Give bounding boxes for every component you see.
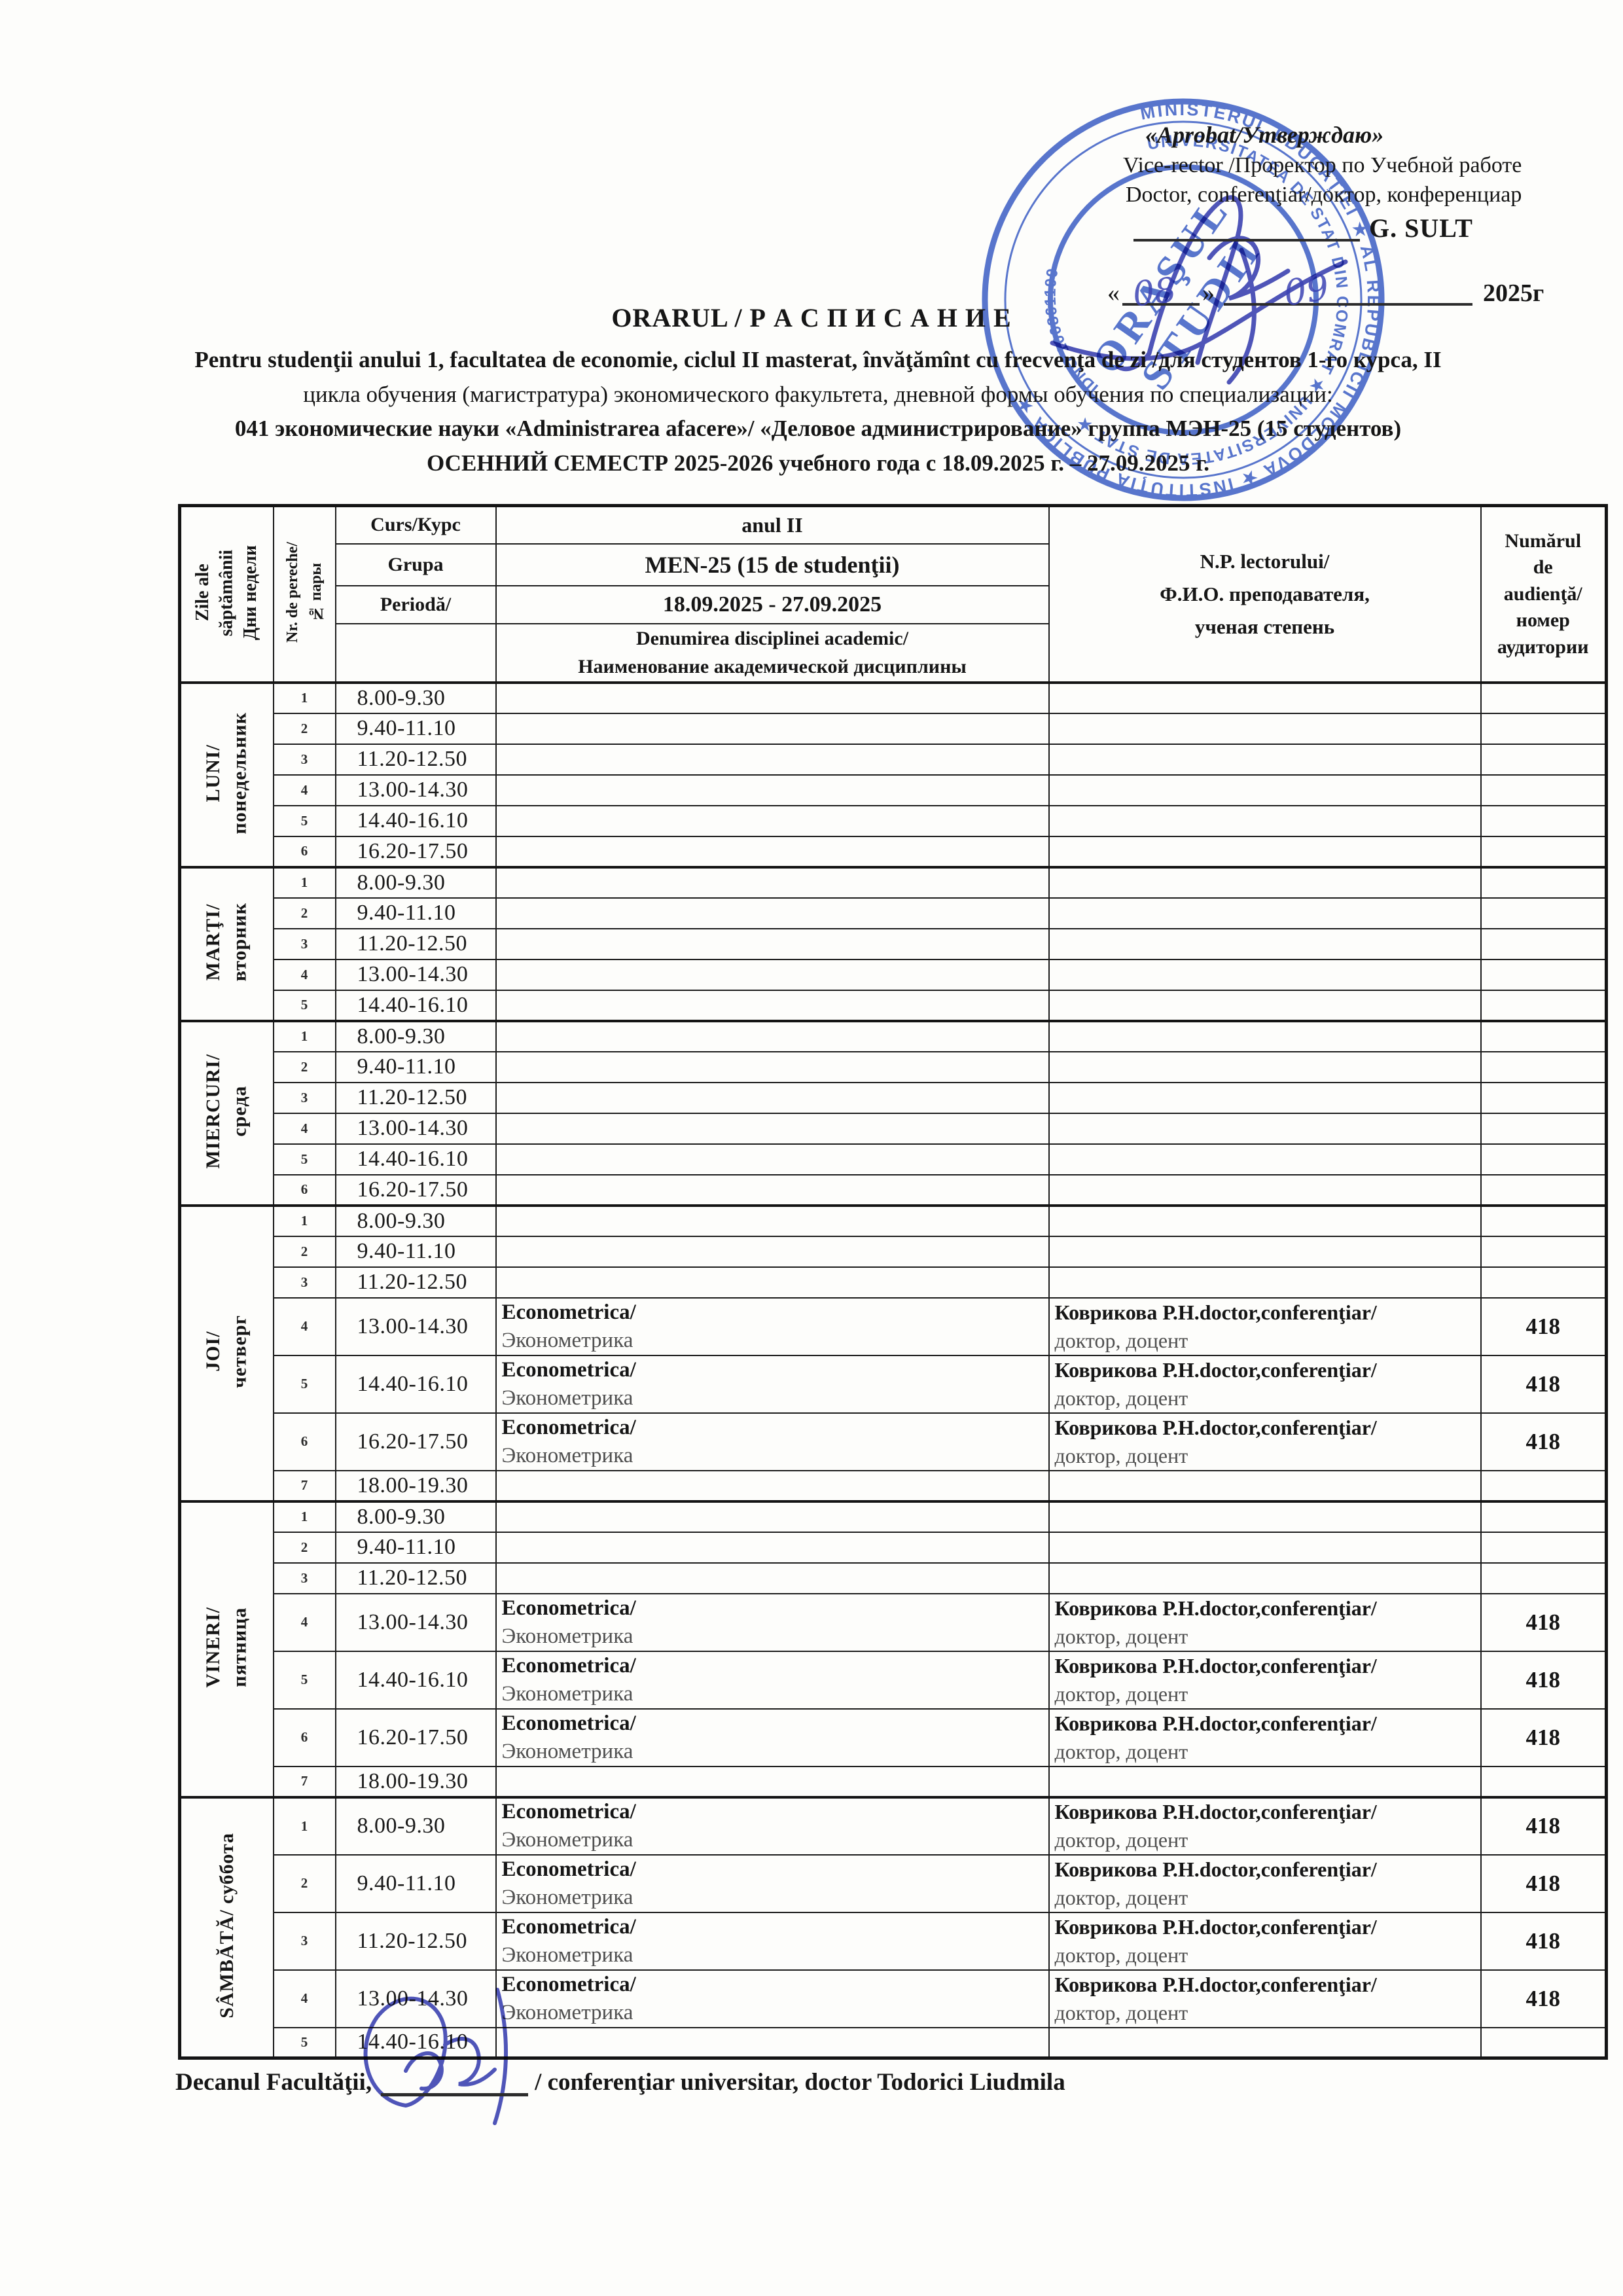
lecturer-cell bbox=[1049, 1113, 1481, 1144]
course-name-ru: Эконометрика bbox=[502, 2001, 1043, 2025]
course-name-ro: Econometrica/ bbox=[502, 1596, 1043, 1621]
course-cell bbox=[496, 744, 1049, 775]
course-name-ru: Эконометрика bbox=[502, 1624, 1043, 1649]
day-label-cell: JOI/ четверг bbox=[180, 1206, 274, 1501]
course-cell: Econometrica/Эконометрика bbox=[496, 1709, 1049, 1767]
lecturer-cell bbox=[1049, 1083, 1481, 1113]
room-number-cell: 418 bbox=[1481, 1413, 1607, 1471]
course-cell bbox=[496, 1501, 1049, 1532]
course-name-ro: Econometrica/ bbox=[502, 1915, 1043, 1939]
lecturer-cell: Коврикова Р.Н.doctor,conferenţiar/доктор… bbox=[1049, 1298, 1481, 1355]
header-days-column: Zile ale săptămânii Дни недели bbox=[180, 506, 274, 683]
lecturer-name: Коврикова Р.Н.doctor,conferenţiar/ bbox=[1055, 1654, 1475, 1678]
signature-line bbox=[1133, 215, 1360, 242]
header-grupa-label: Grupa bbox=[336, 544, 496, 586]
period-number-cell: 2 bbox=[274, 713, 336, 744]
course-cell bbox=[496, 775, 1049, 806]
lecturer-cell bbox=[1049, 1236, 1481, 1267]
course-cell: Econometrica/Эконометрика bbox=[496, 1413, 1049, 1471]
time-cell: 9.40-11.10 bbox=[336, 898, 496, 929]
lecturer-cell bbox=[1049, 1021, 1481, 1052]
course-cell bbox=[496, 929, 1049, 960]
period-number-cell: 6 bbox=[274, 1709, 336, 1767]
time-cell: 13.00-14.30 bbox=[336, 1594, 496, 1651]
lecturer-degree: доктор, доцент bbox=[1055, 1329, 1475, 1353]
course-cell bbox=[496, 1021, 1049, 1052]
schedule-row: 514.40-16.10 bbox=[180, 990, 1607, 1021]
course-name-ro: Econometrica/ bbox=[502, 1857, 1043, 1882]
lecturer-degree: доктор, доцент bbox=[1055, 1682, 1475, 1706]
period-number-cell: 5 bbox=[274, 806, 336, 836]
schedule-row: 413.00-14.30 bbox=[180, 775, 1607, 806]
lecturer-cell bbox=[1049, 806, 1481, 836]
lecturer-name: Коврикова Р.Н.doctor,conferenţiar/ bbox=[1055, 1416, 1475, 1440]
course-cell bbox=[496, 1175, 1049, 1206]
period-number-cell: 1 bbox=[274, 867, 336, 898]
period-number-cell: 3 bbox=[274, 1267, 336, 1298]
course-name-ro: Econometrica/ bbox=[502, 1300, 1043, 1325]
date-day-blank: 08 bbox=[1122, 276, 1200, 306]
room-number-cell bbox=[1481, 683, 1607, 713]
time-cell: 18.00-19.30 bbox=[336, 1767, 496, 1797]
approval-quote: «Aprobat/Утверждаю» bbox=[1145, 123, 1563, 147]
time-cell: 11.20-12.50 bbox=[336, 1563, 496, 1594]
intro-paragraph: Pentru studenţii anului 1, facultatea de… bbox=[72, 343, 1564, 480]
room-number-cell: 418 bbox=[1481, 1651, 1607, 1709]
time-cell: 14.40-16.10 bbox=[336, 1651, 496, 1709]
schedule-row: 514.40-16.10Econometrica/ЭконометрикаКов… bbox=[180, 1651, 1607, 1709]
day-label-cell: SÂMBĂTĂ/ суббота bbox=[180, 1797, 274, 2058]
room-number-cell: 418 bbox=[1481, 1912, 1607, 1970]
day-label-cell: MARŢI/ вторник bbox=[180, 867, 274, 1021]
room-number-cell bbox=[1481, 1052, 1607, 1083]
course-cell: Econometrica/Эконометрика bbox=[496, 1651, 1049, 1709]
time-cell: 11.20-12.50 bbox=[336, 744, 496, 775]
course-cell: Econometrica/Эконометрика bbox=[496, 1912, 1049, 1970]
time-cell: 11.20-12.50 bbox=[336, 1083, 496, 1113]
lecturer-cell bbox=[1049, 1471, 1481, 1501]
approver-name: G. SULT bbox=[1369, 213, 1473, 243]
period-number-cell: 6 bbox=[274, 1413, 336, 1471]
course-name-ro: Econometrica/ bbox=[502, 1416, 1043, 1440]
room-number-cell bbox=[1481, 867, 1607, 898]
day-label-cell: VINERI/ пятница bbox=[180, 1501, 274, 1797]
lecturer-cell bbox=[1049, 836, 1481, 867]
time-cell: 8.00-9.30 bbox=[336, 683, 496, 713]
course-cell bbox=[496, 990, 1049, 1021]
course-cell: Econometrica/Эконометрика bbox=[496, 1355, 1049, 1413]
header-period-label: Periodă/ bbox=[336, 586, 496, 624]
lecturer-cell bbox=[1049, 1501, 1481, 1532]
course-cell bbox=[496, 1206, 1049, 1236]
room-number-cell bbox=[1481, 960, 1607, 990]
period-number-cell: 5 bbox=[274, 1355, 336, 1413]
lecturer-name: Коврикова Р.Н.doctor,conferenţiar/ bbox=[1055, 1800, 1475, 1824]
schedule-row: 29.40-11.10Econometrica/ЭконометрикаКовр… bbox=[180, 1855, 1607, 1912]
time-cell: 8.00-9.30 bbox=[336, 867, 496, 898]
schedule-row: VINERI/ пятница18.00-9.30 bbox=[180, 1501, 1607, 1532]
header-pair-column: Nr. de pereche/ № пары bbox=[274, 506, 336, 683]
time-cell: 13.00-14.30 bbox=[336, 1113, 496, 1144]
period-number-cell: 3 bbox=[274, 929, 336, 960]
period-number-cell: 1 bbox=[274, 1206, 336, 1236]
period-number-cell: 6 bbox=[274, 1175, 336, 1206]
time-cell: 13.00-14.30 bbox=[336, 775, 496, 806]
course-cell bbox=[496, 2028, 1049, 2058]
period-number-cell: 4 bbox=[274, 1298, 336, 1355]
room-number-cell bbox=[1481, 929, 1607, 960]
course-name-ru: Эконометрика bbox=[502, 1386, 1043, 1410]
schedule-row: 413.00-14.30Econometrica/ЭконометрикаКов… bbox=[180, 1594, 1607, 1651]
lecturer-cell: Коврикова Р.Н.doctor,conferenţiar/доктор… bbox=[1049, 1594, 1481, 1651]
lecturer-degree: доктор, доцент bbox=[1055, 1886, 1475, 1910]
room-number-cell bbox=[1481, 806, 1607, 836]
lecturer-cell bbox=[1049, 1144, 1481, 1175]
day-label: VINERI/ пятница bbox=[200, 1607, 253, 1688]
room-number-cell bbox=[1481, 1267, 1607, 1298]
room-number-cell bbox=[1481, 1175, 1607, 1206]
schedule-row: 311.20-12.50Econometrica/ЭконометрикаКов… bbox=[180, 1912, 1607, 1970]
schedule-row: 413.00-14.30Econometrica/ЭконометрикаКов… bbox=[180, 1298, 1607, 1355]
room-number-cell bbox=[1481, 2028, 1607, 2058]
day-label-cell: LUNI/ понедельник bbox=[180, 683, 274, 867]
schedule-row: 718.00-19.30 bbox=[180, 1767, 1607, 1797]
lecturer-cell bbox=[1049, 744, 1481, 775]
schedule-row: MIERCURI/ среда18.00-9.30 bbox=[180, 1021, 1607, 1052]
schedule-row: 311.20-12.50 bbox=[180, 929, 1607, 960]
course-cell bbox=[496, 1267, 1049, 1298]
period-number-cell: 4 bbox=[274, 1113, 336, 1144]
header-empty-cell bbox=[336, 624, 496, 683]
lecturer-cell bbox=[1049, 929, 1481, 960]
approval-date-row: «08»092025г bbox=[1107, 276, 1563, 306]
period-number-cell: 3 bbox=[274, 1912, 336, 1970]
schedule-row: MARŢI/ вторник18.00-9.30 bbox=[180, 867, 1607, 898]
lecturer-cell bbox=[1049, 990, 1481, 1021]
room-number-cell bbox=[1481, 1021, 1607, 1052]
lecturer-cell bbox=[1049, 713, 1481, 744]
intro-line1: Pentru studenţii anului 1, facultatea de… bbox=[72, 343, 1564, 378]
intro-line3: 041 экономические науки «Administrarea a… bbox=[72, 412, 1564, 446]
period-number-cell: 4 bbox=[274, 960, 336, 990]
room-number-cell bbox=[1481, 1563, 1607, 1594]
time-cell: 13.00-14.30 bbox=[336, 1298, 496, 1355]
lecturer-degree: доктор, доцент bbox=[1055, 2001, 1475, 2025]
lecturer-cell: Коврикова Р.Н.doctor,conferenţiar/доктор… bbox=[1049, 1355, 1481, 1413]
period-number-cell: 7 bbox=[274, 1767, 336, 1797]
lecturer-name: Коврикова Р.Н.doctor,conferenţiar/ bbox=[1055, 1596, 1475, 1621]
course-cell: Econometrica/Эконометрика bbox=[496, 1298, 1049, 1355]
schedule-row: JOI/ четверг18.00-9.30 bbox=[180, 1206, 1607, 1236]
lecturer-cell: Коврикова Р.Н.doctor,conferenţiar/доктор… bbox=[1049, 1651, 1481, 1709]
lecturer-cell: Коврикова Р.Н.doctor,conferenţiar/доктор… bbox=[1049, 1709, 1481, 1767]
lecturer-name: Коврикова Р.Н.doctor,conferenţiar/ bbox=[1055, 1915, 1475, 1939]
header-room-label: Numărul de audienţă/ номер аудитории bbox=[1481, 506, 1607, 683]
dean-signature-icon bbox=[340, 1971, 550, 2135]
room-number-cell bbox=[1481, 1471, 1607, 1501]
header-days-label: Zile ale săptămânii Дни недели bbox=[191, 545, 262, 640]
room-number-cell: 418 bbox=[1481, 1970, 1607, 2028]
schedule-row: 29.40-11.10 bbox=[180, 1052, 1607, 1083]
room-number-cell: 418 bbox=[1481, 1355, 1607, 1413]
lecturer-cell bbox=[1049, 1267, 1481, 1298]
schedule-body: LUNI/ понедельник18.00-9.3029.40-11.1031… bbox=[180, 683, 1607, 2058]
day-label: MARŢI/ вторник bbox=[200, 903, 253, 981]
approval-block: «Aprobat/Утверждаю» Vice-rector /Прорект… bbox=[1105, 123, 1563, 306]
lecturer-cell bbox=[1049, 683, 1481, 713]
lecturer-degree: доктор, доцент bbox=[1055, 1624, 1475, 1649]
period-number-cell: 2 bbox=[274, 1532, 336, 1563]
room-number-cell bbox=[1481, 1501, 1607, 1532]
header-discipline-label: Denumirea disciplinei academic/ Наименов… bbox=[496, 624, 1049, 683]
course-cell bbox=[496, 1471, 1049, 1501]
course-cell bbox=[496, 867, 1049, 898]
schedule-row: 413.00-14.30 bbox=[180, 1113, 1607, 1144]
header-pair-label: Nr. de pereche/ № пары bbox=[281, 542, 328, 643]
time-cell: 11.20-12.50 bbox=[336, 1267, 496, 1298]
schedule-table: Zile ale săptămânii Дни недели Nr. de pe… bbox=[178, 504, 1608, 2060]
lecturer-cell bbox=[1049, 1206, 1481, 1236]
course-cell: Econometrica/Эконометрика bbox=[496, 1594, 1049, 1651]
time-cell: 11.20-12.50 bbox=[336, 1912, 496, 1970]
schedule-row: 29.40-11.10 bbox=[180, 898, 1607, 929]
date-month-blank: 09 bbox=[1224, 276, 1472, 306]
lecturer-cell bbox=[1049, 1052, 1481, 1083]
time-cell: 18.00-19.30 bbox=[336, 1471, 496, 1501]
course-name-ro: Econometrica/ bbox=[502, 1800, 1043, 1824]
period-number-cell: 3 bbox=[274, 1563, 336, 1594]
period-number-cell: 2 bbox=[274, 898, 336, 929]
schedule-row: SÂMBĂTĂ/ суббота18.00-9.30Econometrica/Э… bbox=[180, 1797, 1607, 1855]
lecturer-name: Коврикова Р.Н.doctor,conferenţiar/ bbox=[1055, 1973, 1475, 1997]
period-number-cell: 5 bbox=[274, 1651, 336, 1709]
course-name-ro: Econometrica/ bbox=[502, 1654, 1043, 1678]
header-grupa-value: MEN-25 (15 de studenţii) bbox=[496, 544, 1049, 586]
time-cell: 9.40-11.10 bbox=[336, 1236, 496, 1267]
schedule-row: 514.40-16.10 bbox=[180, 806, 1607, 836]
lecturer-cell: Коврикова Р.Н.doctor,conferenţiar/доктор… bbox=[1049, 1970, 1481, 2028]
lecturer-cell: Коврикова Р.Н.doctor,conferenţiar/доктор… bbox=[1049, 1797, 1481, 1855]
time-cell: 9.40-11.10 bbox=[336, 1532, 496, 1563]
lecturer-cell bbox=[1049, 775, 1481, 806]
time-cell: 9.40-11.10 bbox=[336, 1855, 496, 1912]
time-cell: 14.40-16.10 bbox=[336, 990, 496, 1021]
room-number-cell bbox=[1481, 744, 1607, 775]
schedule-row: 311.20-12.50 bbox=[180, 744, 1607, 775]
lecturer-cell bbox=[1049, 867, 1481, 898]
schedule-row: 311.20-12.50 bbox=[180, 1563, 1607, 1594]
course-cell: Econometrica/Эконометрика bbox=[496, 1797, 1049, 1855]
room-number-cell: 418 bbox=[1481, 1298, 1607, 1355]
period-number-cell: 5 bbox=[274, 1144, 336, 1175]
course-cell bbox=[496, 898, 1049, 929]
time-cell: 14.40-16.10 bbox=[336, 1144, 496, 1175]
time-cell: 8.00-9.30 bbox=[336, 1206, 496, 1236]
lecturer-degree: доктор, доцент bbox=[1055, 1828, 1475, 1852]
period-number-cell: 4 bbox=[274, 1594, 336, 1651]
period-number-cell: 1 bbox=[274, 1021, 336, 1052]
room-number-cell: 418 bbox=[1481, 1594, 1607, 1651]
course-cell bbox=[496, 1052, 1049, 1083]
course-cell: Econometrica/Эконометрика bbox=[496, 1855, 1049, 1912]
room-number-cell bbox=[1481, 775, 1607, 806]
period-number-cell: 7 bbox=[274, 1471, 336, 1501]
course-cell bbox=[496, 1083, 1049, 1113]
lecturer-cell bbox=[1049, 960, 1481, 990]
course-name-ro: Econometrica/ bbox=[502, 1712, 1043, 1736]
time-cell: 14.40-16.10 bbox=[336, 806, 496, 836]
course-name-ru: Эконометрика bbox=[502, 1682, 1043, 1706]
course-name-ru: Эконометрика bbox=[502, 1444, 1043, 1468]
lecturer-degree: доктор, доцент bbox=[1055, 1386, 1475, 1410]
room-number-cell bbox=[1481, 898, 1607, 929]
time-cell: 8.00-9.30 bbox=[336, 1501, 496, 1532]
room-number-cell bbox=[1481, 1206, 1607, 1236]
footer-label: Decanul Facultăţii, bbox=[175, 2069, 372, 2096]
period-number-cell: 4 bbox=[274, 1970, 336, 2028]
lecturer-cell bbox=[1049, 1532, 1481, 1563]
course-name-ru: Эконометрика bbox=[502, 1740, 1043, 1764]
time-cell: 8.00-9.30 bbox=[336, 1021, 496, 1052]
room-number-cell bbox=[1481, 1083, 1607, 1113]
course-cell bbox=[496, 806, 1049, 836]
period-number-cell: 4 bbox=[274, 775, 336, 806]
lecturer-cell: Коврикова Р.Н.doctor,conferenţiar/доктор… bbox=[1049, 1912, 1481, 1970]
period-number-cell: 1 bbox=[274, 683, 336, 713]
day-label-cell: MIERCURI/ среда bbox=[180, 1021, 274, 1206]
room-number-cell bbox=[1481, 1532, 1607, 1563]
course-name-ro: Econometrica/ bbox=[502, 1358, 1043, 1382]
period-number-cell: 2 bbox=[274, 1052, 336, 1083]
time-cell: 13.00-14.30 bbox=[336, 960, 496, 990]
course-name-ro: Econometrica/ bbox=[502, 1973, 1043, 1997]
schedule-row: 29.40-11.10 bbox=[180, 1532, 1607, 1563]
course-name-ru: Эконометрика bbox=[502, 1828, 1043, 1852]
time-cell: 11.20-12.50 bbox=[336, 929, 496, 960]
period-number-cell: 2 bbox=[274, 1855, 336, 1912]
schedule-row: 718.00-19.30 bbox=[180, 1471, 1607, 1501]
room-number-cell bbox=[1481, 1144, 1607, 1175]
room-number-cell: 418 bbox=[1481, 1797, 1607, 1855]
room-number-cell bbox=[1481, 990, 1607, 1021]
course-cell bbox=[496, 683, 1049, 713]
lecturer-degree: доктор, доцент bbox=[1055, 1444, 1475, 1468]
time-cell: 14.40-16.10 bbox=[336, 1355, 496, 1413]
time-cell: 16.20-17.50 bbox=[336, 1709, 496, 1767]
schedule-row: 514.40-16.10 bbox=[180, 1144, 1607, 1175]
time-cell: 16.20-17.50 bbox=[336, 1175, 496, 1206]
header-curs-label: Curs/Курс bbox=[336, 506, 496, 544]
room-number-cell bbox=[1481, 713, 1607, 744]
schedule-row: 616.20-17.50 bbox=[180, 1175, 1607, 1206]
header-lecturer-label: N.P. lectorului/ Ф.И.О. преподавателя, у… bbox=[1049, 506, 1481, 683]
day-label: MIERCURI/ среда bbox=[200, 1054, 253, 1169]
lecturer-cell bbox=[1049, 2028, 1481, 2058]
lecturer-cell bbox=[1049, 1563, 1481, 1594]
period-number-cell: 2 bbox=[274, 1236, 336, 1267]
period-number-cell: 5 bbox=[274, 990, 336, 1021]
room-number-cell bbox=[1481, 1113, 1607, 1144]
intro-line2: цикла обучения (магистратура) экономичес… bbox=[72, 378, 1564, 412]
lecturer-degree: доктор, доцент bbox=[1055, 1943, 1475, 1967]
course-cell bbox=[496, 713, 1049, 744]
lecturer-cell bbox=[1049, 1175, 1481, 1206]
header-curs-value: anul II bbox=[496, 506, 1049, 544]
lecturer-cell bbox=[1049, 1767, 1481, 1797]
lecturer-degree: доктор, доцент bbox=[1055, 1740, 1475, 1764]
course-cell: Econometrica/Эконометрика bbox=[496, 1970, 1049, 2028]
lecturer-name: Коврикова Р.Н.doctor,conferenţiar/ bbox=[1055, 1857, 1475, 1882]
room-number-cell bbox=[1481, 836, 1607, 867]
footer-rest: / conferenţiar universitar, doctor Todor… bbox=[535, 2069, 1065, 2096]
time-cell: 9.40-11.10 bbox=[336, 713, 496, 744]
room-number-cell: 418 bbox=[1481, 1709, 1607, 1767]
day-label: SÂMBĂTĂ/ суббота bbox=[214, 1833, 241, 2018]
header-period-value: 18.09.2025 - 27.09.2025 bbox=[496, 586, 1049, 624]
course-name-ru: Эконометрика bbox=[502, 1943, 1043, 1967]
dean-signature-line bbox=[381, 2067, 528, 2096]
course-cell bbox=[496, 1236, 1049, 1267]
lecturer-name: Коврикова Р.Н.doctor,conferenţiar/ bbox=[1055, 1712, 1475, 1736]
time-cell: 8.00-9.30 bbox=[336, 1797, 496, 1855]
day-label: JOI/ четверг bbox=[200, 1315, 253, 1388]
schedule-row: 514.40-16.10Econometrica/ЭконометрикаКов… bbox=[180, 1355, 1607, 1413]
approval-degree: Doctor, conferenţiar/доктор, конференциа… bbox=[1126, 184, 1563, 206]
room-number-cell: 418 bbox=[1481, 1855, 1607, 1912]
schedule-row: 311.20-12.50 bbox=[180, 1083, 1607, 1113]
lecturer-cell: Коврикова Р.Н.doctor,conferenţiar/доктор… bbox=[1049, 1413, 1481, 1471]
schedule-row: 311.20-12.50 bbox=[180, 1267, 1607, 1298]
time-cell: 9.40-11.10 bbox=[336, 1052, 496, 1083]
day-label: LUNI/ понедельник bbox=[200, 712, 253, 834]
lecturer-name: Коврикова Р.Н.doctor,conferenţiar/ bbox=[1055, 1358, 1475, 1382]
course-cell bbox=[496, 836, 1049, 867]
course-cell bbox=[496, 1113, 1049, 1144]
period-number-cell: 6 bbox=[274, 836, 336, 867]
period-number-cell: 3 bbox=[274, 744, 336, 775]
course-name-ru: Эконометрика bbox=[502, 1329, 1043, 1353]
schedule-row: 616.20-17.50Econometrica/ЭконометрикаКов… bbox=[180, 1709, 1607, 1767]
period-number-cell: 1 bbox=[274, 1797, 336, 1855]
period-number-cell: 5 bbox=[274, 2028, 336, 2058]
course-cell bbox=[496, 960, 1049, 990]
lecturer-name: Коврикова Р.Н.doctor,conferenţiar/ bbox=[1055, 1300, 1475, 1325]
scanned-schedule-page: MINISTERUL EDUCAŢIEI ★ AL REPUBLICII MOL… bbox=[0, 0, 1623, 2296]
document-title: ORARUL / Р А С П И С А Н И Е bbox=[0, 302, 1623, 333]
intro-line4: ОСЕННИЙ СЕМЕСТР 2025-2026 учебного года … bbox=[72, 446, 1564, 481]
footer-dean-line: Decanul Facultăţii,/ conferenţiar univer… bbox=[175, 2067, 1065, 2096]
period-number-cell: 1 bbox=[274, 1501, 336, 1532]
time-cell: 16.20-17.50 bbox=[336, 836, 496, 867]
period-number-cell: 3 bbox=[274, 1083, 336, 1113]
schedule-row: 616.20-17.50 bbox=[180, 836, 1607, 867]
schedule-row: 29.40-11.10 bbox=[180, 1236, 1607, 1267]
course-cell bbox=[496, 1767, 1049, 1797]
schedule-header: Zile ale săptămânii Дни недели Nr. de pe… bbox=[180, 506, 1607, 683]
schedule-row: 413.00-14.30 bbox=[180, 960, 1607, 990]
lecturer-cell: Коврикова Р.Н.doctor,conferenţiar/доктор… bbox=[1049, 1855, 1481, 1912]
course-cell bbox=[496, 1563, 1049, 1594]
lecturer-cell bbox=[1049, 898, 1481, 929]
room-number-cell bbox=[1481, 1236, 1607, 1267]
course-cell bbox=[496, 1532, 1049, 1563]
approval-position: Vice-rector /Проректор по Учебной работе bbox=[1123, 154, 1563, 177]
room-number-cell bbox=[1481, 1767, 1607, 1797]
course-name-ru: Эконометрика bbox=[502, 1886, 1043, 1910]
course-cell bbox=[496, 1144, 1049, 1175]
schedule-row: 29.40-11.10 bbox=[180, 713, 1607, 744]
schedule-row: 616.20-17.50Econometrica/ЭконометрикаКов… bbox=[180, 1413, 1607, 1471]
